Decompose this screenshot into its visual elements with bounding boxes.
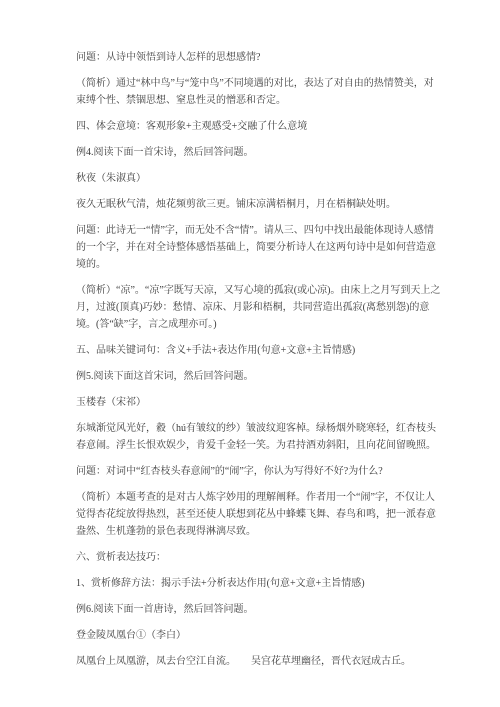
poem-fenghuangtai: 凤凰台上凤凰游，凤去台空江自流。 吴宫花草埋幽径，晋代衣冠成古丘。 <box>76 653 443 670</box>
question-3: 问题：从诗中领悟到诗人怎样的思想感情? <box>76 49 443 66</box>
analysis-4: （简析）“凉”。“凉”字既写天凉，又写心境的孤寂(或心凉)。由床上之月写到天上之… <box>76 282 443 333</box>
section-4-heading: 四、体会意境：客观形象+主观感受+交融了什么意境 <box>76 118 443 135</box>
analysis-5: （简析）本题考查的是对古人炼字妙用的理解阐释。作者用一个“闹”字，不仅让人觉得杏… <box>76 489 443 540</box>
poem-qiuye: 夜久无眠秋气清，烛花频剪欲三更。铺床凉满梧桐月，月在梧桐缺处明。 <box>76 196 443 213</box>
example-5-intro: 例5.阅读下面这首宋词，然后回答问题。 <box>76 368 443 385</box>
poem-title-fenghuangtai: 登金陵凤凰台①（李白） <box>76 627 443 644</box>
analysis-3: （简析）通过“林中鸟”与“笼中鸟”不同境遇的对比，表达了对自由的热情赞美，对束缚… <box>76 75 443 109</box>
poem-title-yulouchun: 玉楼春（宋祁） <box>76 394 443 411</box>
method-1: 1、赏析修辞方法：揭示手法+分析表达作用(句意+文意+主旨情感) <box>76 575 443 592</box>
poem-title-qiuye: 秋夜（朱淑真） <box>76 170 443 187</box>
question-4: 问题：此诗无一“情”字，而无处不含“情”。请从三、四句中找出最能体现诗人感情的一… <box>76 222 443 273</box>
example-6-intro: 例6.阅读下面一首唐诗，然后回答问题。 <box>76 601 443 618</box>
document-page: 问题：从诗中领悟到诗人怎样的思想感情? （简析）通过“林中鸟”与“笼中鸟”不同境… <box>0 0 500 707</box>
example-4-intro: 例4.阅读下面一首宋诗，然后回答问题。 <box>76 144 443 161</box>
poem-yulouchun: 东城渐觉风光好，縠（hú有皱纹的纱）皱波纹迎客棹。绿杨烟外晓寒轻，红杏枝头春意闹… <box>76 420 443 454</box>
section-5-heading: 五、品味关键词句：含义+手法+表达作用(句意+文意+主旨情感) <box>76 342 443 359</box>
section-6-heading: 六、赏析表达技巧： <box>76 549 443 566</box>
question-5: 问题：对词中“红杏枝头春意闹”的“闹”字，你认为写得好不好?为什么? <box>76 463 443 480</box>
